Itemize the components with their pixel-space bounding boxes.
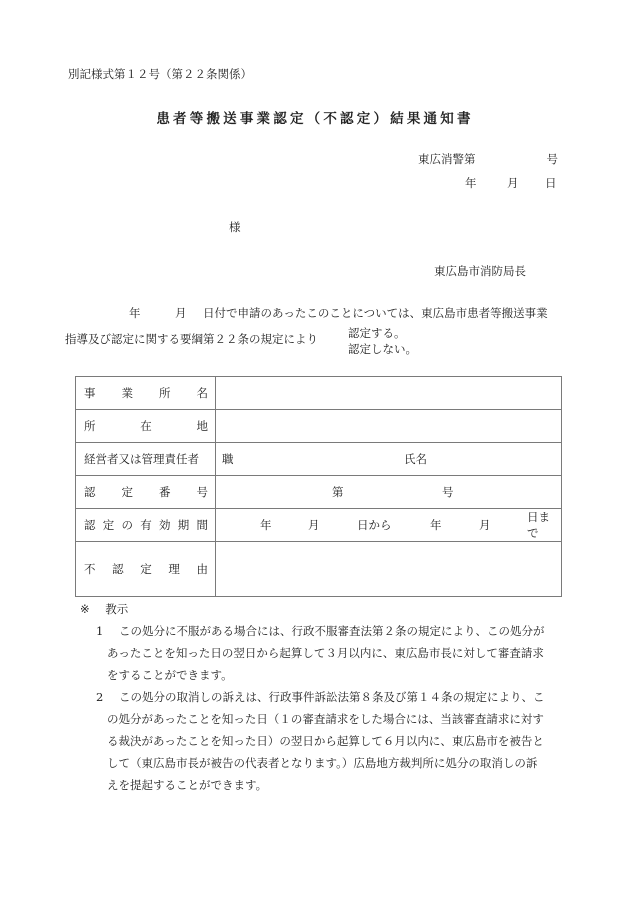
position-label: 職 (222, 451, 234, 467)
table-row-validity: 認 定 の 有 効 期 間 年 月 日から 年 月 日まで (76, 509, 562, 542)
note-item-1-line-1: この処分に不服がある場合には、行政不服審査法第２条の規定により、この処分が (119, 620, 545, 643)
note-item-1-line-2: あったことを知った日の翌日から起算して３月以内に、東広島市長に対して審査請求 (107, 642, 544, 665)
value-denial-reason[interactable] (216, 542, 562, 597)
document-title: 患者等搬送事業認定（不認定）結果通知書 (0, 107, 630, 127)
table-row-manager: 経営者又は管理責任者 職 氏名 (76, 443, 562, 476)
note-item-2-line-2: の処分があったことを知った日（１の審査請求をした場合には、当該審査請求に対す (107, 708, 544, 731)
addressee-suffix: 様 (229, 219, 241, 235)
notes-heading-text: 教示 (105, 602, 128, 616)
note-item-2-number: 2 (96, 686, 103, 709)
choice-deny: 認定しない。 (348, 341, 417, 357)
table-row-denial-reason: 不 認 定 理 由 (76, 542, 562, 597)
form-number: 別記様式第１２号（第２２条関係） (68, 66, 252, 82)
issue-date-year: 年 (465, 175, 477, 191)
body-year: 年 (129, 305, 141, 321)
choice-approve: 認定する。 (348, 325, 406, 341)
note-item-2-line-4: して（東広島市長が被告の代表者となります。）広島地方裁判所に処分の取消しの訴 (107, 752, 537, 775)
table-row-cert-number: 認 定 番 号 第 号 (76, 476, 562, 509)
issue-date-month: 月 (507, 175, 519, 191)
value-business-name[interactable] (216, 377, 562, 410)
reference-mark-icon: ※ (80, 602, 90, 616)
info-table: 事 業 所 名 所 在 地 経営者又は管理責任者 職 氏名 (75, 376, 562, 597)
to-month: 月 (479, 517, 491, 533)
body-text-1: 日付で申請のあったこのことについては、東広島市患者等搬送事業 (203, 305, 548, 321)
value-location[interactable] (216, 410, 562, 443)
notes-heading: ※ 教示 (80, 601, 128, 617)
label-manager: 経営者又は管理責任者 (76, 443, 216, 476)
to-day: 日まで (527, 509, 561, 541)
value-manager[interactable]: 職 氏名 (216, 443, 562, 476)
label-business-name: 事 業 所 名 (76, 377, 216, 410)
label-validity: 認 定 の 有 効 期 間 (76, 509, 216, 542)
to-year: 年 (430, 517, 442, 533)
label-cert-number: 認 定 番 号 (76, 476, 216, 509)
table-row-business-name: 事 業 所 名 (76, 377, 562, 410)
note-item-2-line-5: えを提起することができます。 (107, 774, 267, 797)
note-item-1-line-3: をすることができます。 (107, 664, 233, 687)
body-month: 月 (175, 305, 187, 321)
value-cert-number[interactable]: 第 号 (216, 476, 562, 509)
name-label: 氏名 (404, 451, 427, 467)
label-location: 所 在 地 (76, 410, 216, 443)
cert-number-prefix: 第 (332, 484, 344, 500)
document-number-prefix: 東広消警第 (418, 151, 476, 167)
from-day: 日から (357, 517, 392, 533)
note-item-2-line-1: この処分の取消しの訴えは、行政事件訴訟法第８条及び第１４条の規定により、こ (119, 686, 545, 709)
cert-number-suffix: 号 (442, 484, 454, 500)
note-item-1-number: 1 (96, 620, 103, 643)
label-denial-reason: 不 認 定 理 由 (76, 542, 216, 597)
issue-date-day: 日 (545, 175, 557, 191)
from-year: 年 (260, 517, 272, 533)
body-line-2: 指導及び認定に関する要綱第２２条の規定により (65, 331, 318, 347)
table-row-location: 所 在 地 (76, 410, 562, 443)
value-validity[interactable]: 年 月 日から 年 月 日まで (216, 509, 562, 542)
note-item-2-line-3: る裁決があったことを知った日）の翌日から起算して６月以内に、東広島市を被告と (107, 730, 544, 753)
from-month: 月 (308, 517, 320, 533)
issuer-name: 東広島市消防局長 (434, 263, 526, 279)
document-number-suffix: 号 (547, 151, 559, 167)
